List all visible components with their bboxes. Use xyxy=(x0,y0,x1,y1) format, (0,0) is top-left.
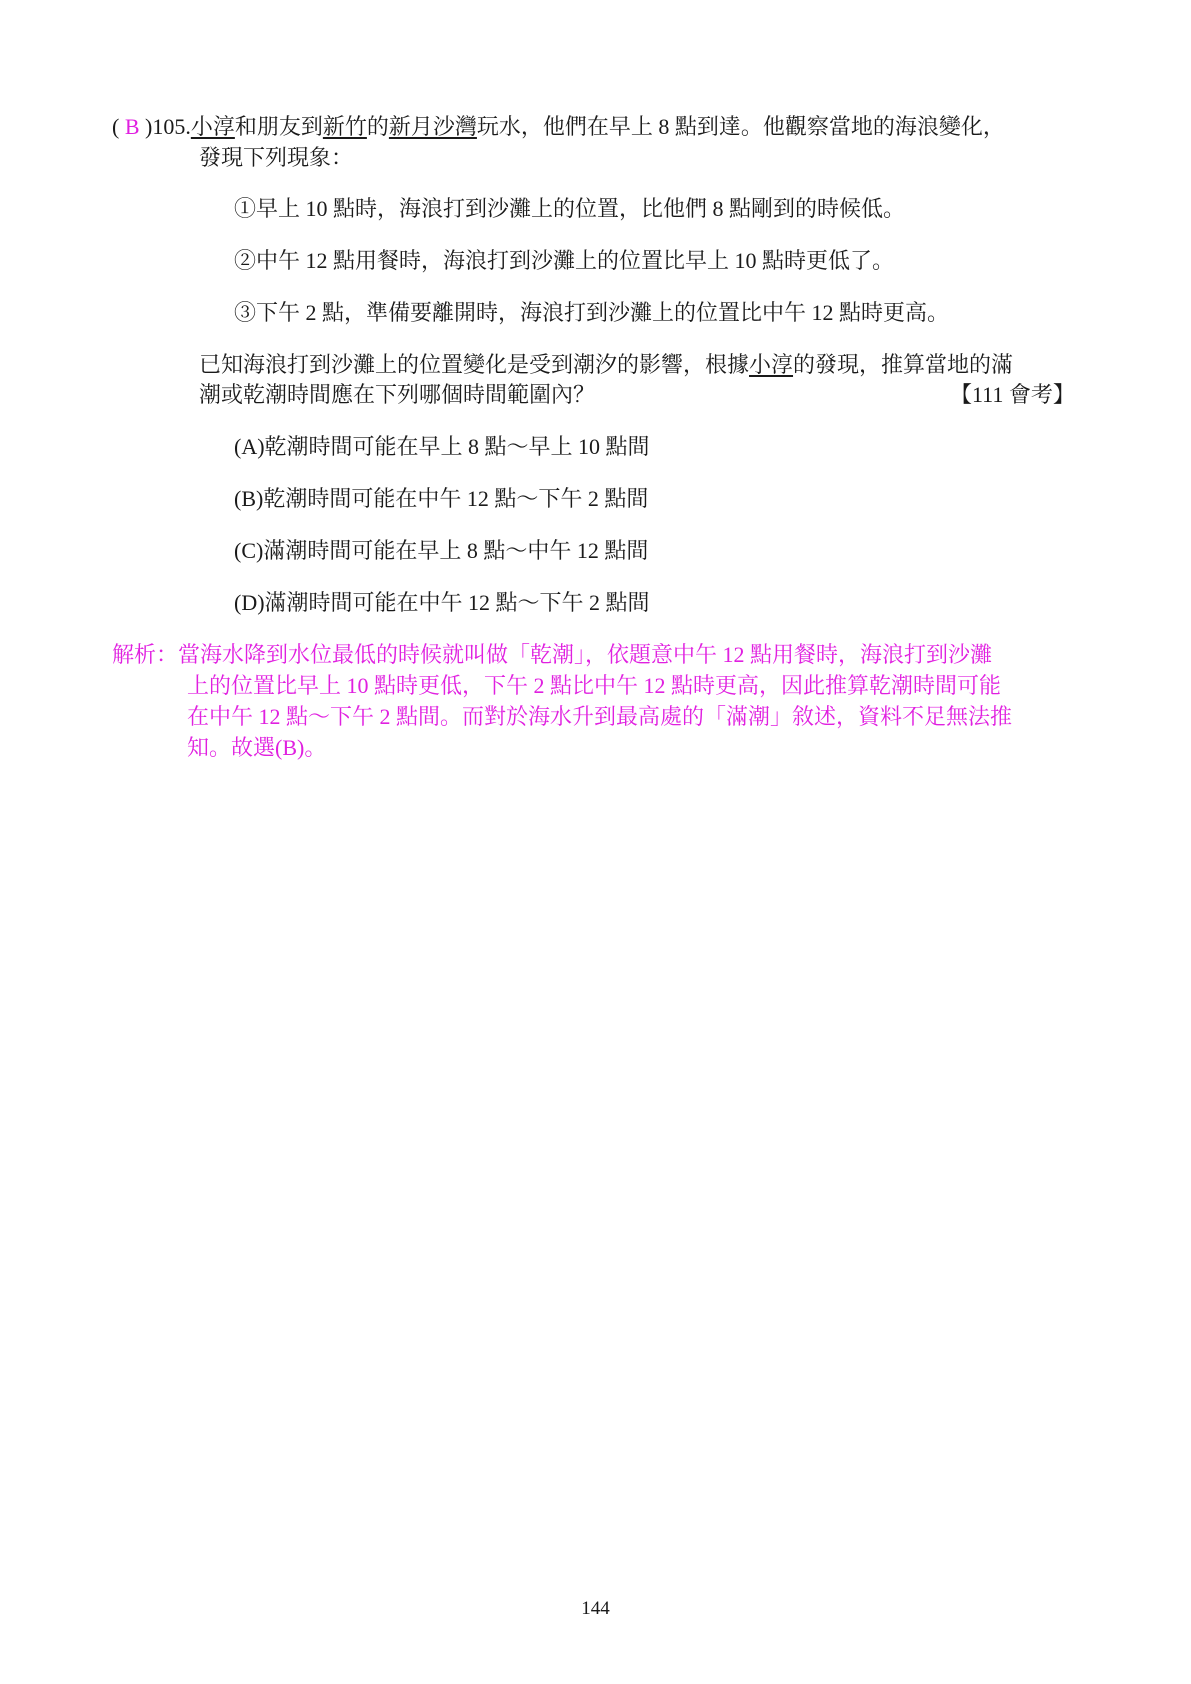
option-d: (D)滿潮時間可能在中午 12 點～下午 2 點間 xyxy=(234,588,650,618)
prompt-text: 已知海浪打到沙灘上的位置變化是受到潮汐的影響，根據 xyxy=(199,352,749,377)
option-c: (C)滿潮時間可能在早上 8 點～中午 12 點間 xyxy=(234,536,648,566)
option-a: (A)乾潮時間可能在早上 8 點～早上 10 點間 xyxy=(234,432,650,462)
place-name: 新月沙灣 xyxy=(389,114,477,139)
question-stem-line2: 發現下列現象： xyxy=(199,143,353,173)
stem-text: 玩水，他們在早上 8 點到達。他觀察當地的海浪變化， xyxy=(477,114,1005,139)
stem-text: 的 xyxy=(367,114,389,139)
answer-paren-open: ( xyxy=(112,114,125,139)
document-page: ( B )105.小淳和朋友到新竹的新月沙灣玩水，他們在早上 8 點到達。他觀察… xyxy=(0,0,1191,1684)
explanation-text: 當海水降到水位最低的時候就叫做「乾潮」，依題意中午 12 點用餐時，海浪打到沙灘 xyxy=(178,642,992,667)
stem-text: 和朋友到 xyxy=(235,114,323,139)
answer-letter: B xyxy=(125,114,140,139)
explanation-line1: 解析：當海水降到水位最低的時候就叫做「乾潮」，依題意中午 12 點用餐時，海浪打… xyxy=(112,640,992,670)
observation-2: ②中午 12 點用餐時，海浪打到沙灘上的位置比早上 10 點時更低了。 xyxy=(234,246,894,276)
question-prompt-line2: 潮或乾潮時間應在下列哪個時間範圍內？ xyxy=(199,380,595,410)
source-tag: 【111 會考】 xyxy=(950,380,1075,410)
observation-1: ①早上 10 點時，海浪打到沙灘上的位置，比他們 8 點剛到的時候低。 xyxy=(234,194,905,224)
explanation-label: 解析： xyxy=(112,642,178,667)
question-header: ( B )105.小淳和朋友到新竹的新月沙灣玩水，他們在早上 8 點到達。他觀察… xyxy=(112,112,1005,142)
explanation-line3: 在中午 12 點～下午 2 點間。而對於海水升到最高處的「滿潮」敘述，資料不足無… xyxy=(187,702,1012,732)
prompt-text: 的發現，推算當地的滿 xyxy=(793,352,1013,377)
question-prompt-line1: 已知海浪打到沙灘上的位置變化是受到潮汐的影響，根據小淳的發現，推算當地的滿 xyxy=(199,350,1013,380)
explanation-line2: 上的位置比早上 10 點時更低，下午 2 點比中午 12 點時更高，因此推算乾潮… xyxy=(187,671,1001,701)
observation-3: ③下午 2 點，準備要離開時，海浪打到沙灘上的位置比中午 12 點時更高。 xyxy=(234,298,949,328)
place-name: 新竹 xyxy=(323,114,367,139)
option-b: (B)乾潮時間可能在中午 12 點～下午 2 點間 xyxy=(234,484,648,514)
person-name: 小淳 xyxy=(191,114,235,139)
explanation-line4: 知。故選(B)。 xyxy=(187,733,326,763)
question-number: 105. xyxy=(152,114,191,139)
answer-paren-close: ) xyxy=(140,114,153,139)
person-name: 小淳 xyxy=(749,352,793,377)
page-number: 144 xyxy=(0,1598,1191,1620)
